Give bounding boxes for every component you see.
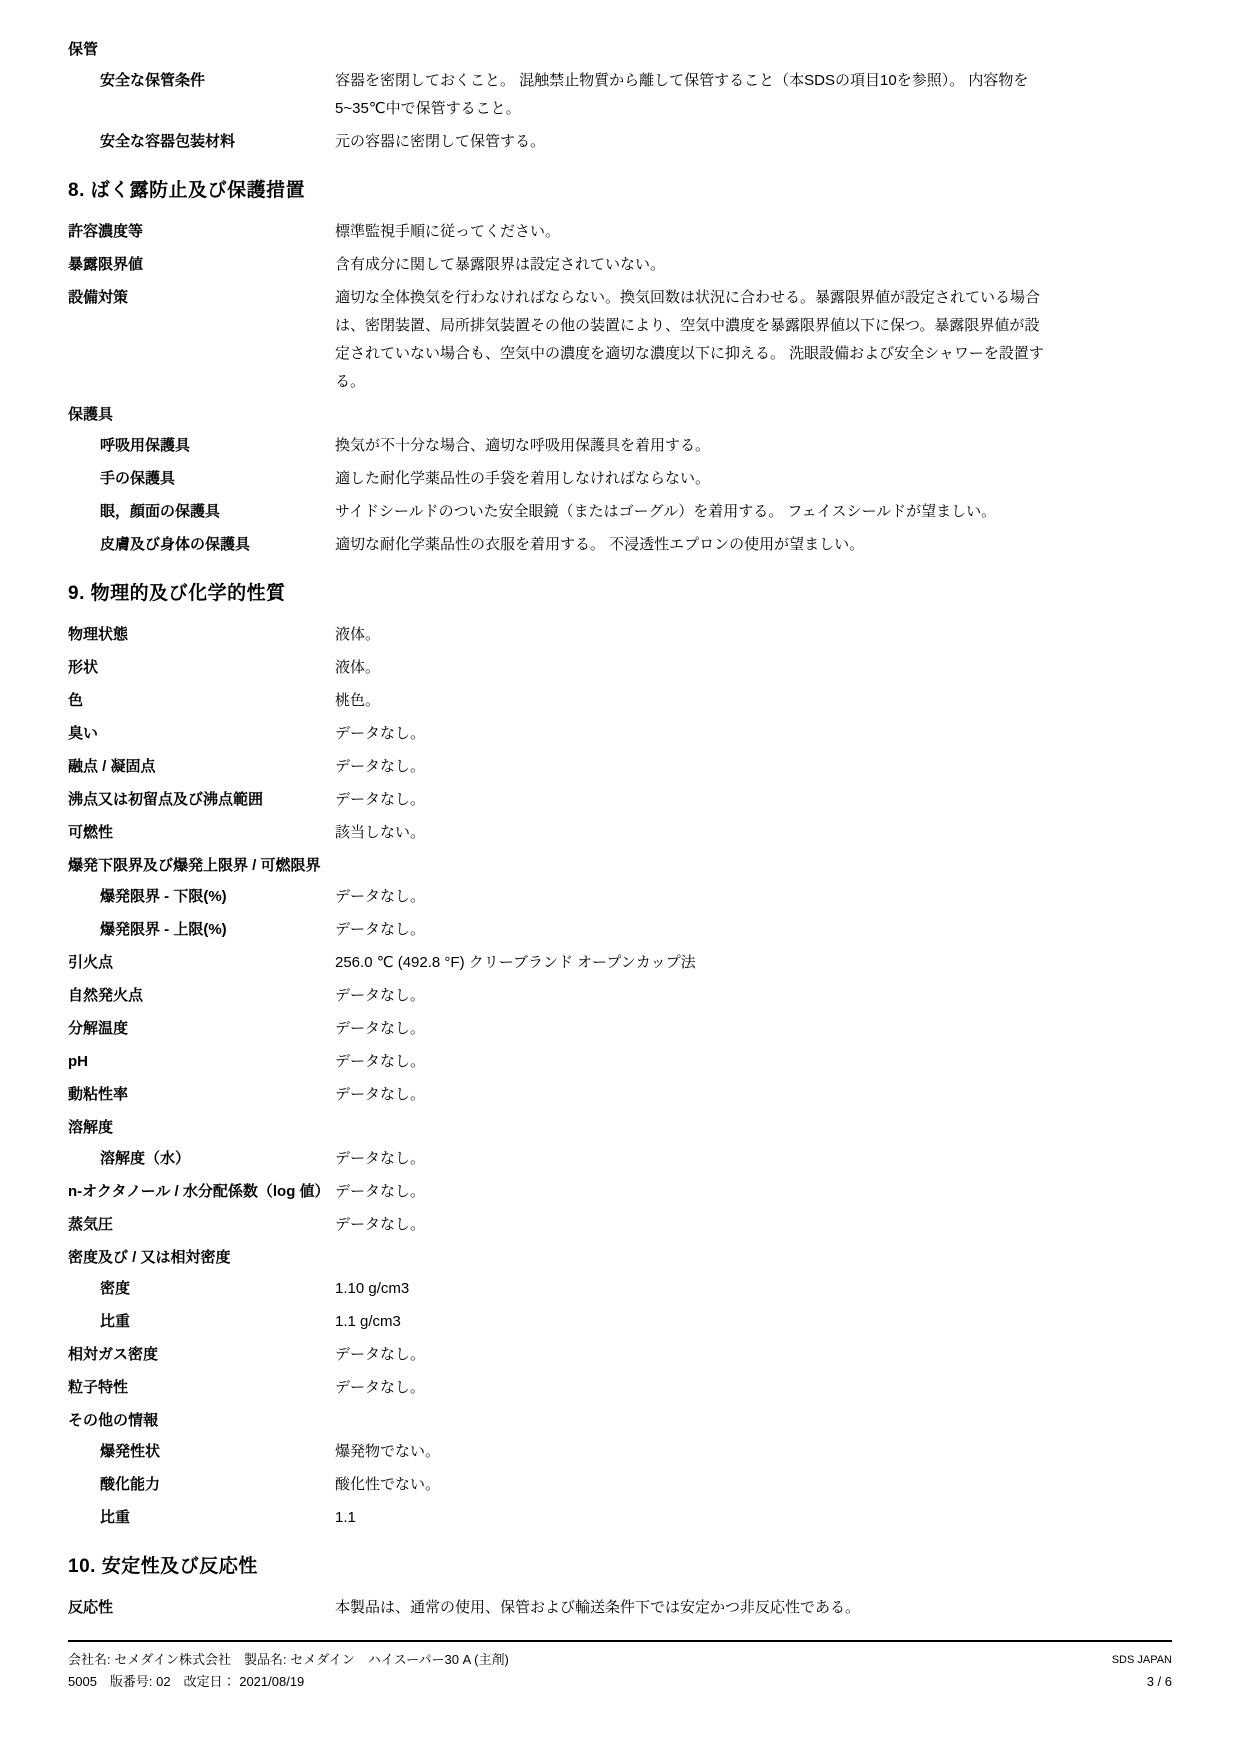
section-heading: 10. 安定性及び反応性 bbox=[68, 1554, 1172, 1580]
property-row: 沸点又は初留点及び沸点範囲 データなし。 bbox=[68, 786, 1172, 814]
property-label: 暴露限界値 bbox=[68, 251, 335, 278]
property-label: 許容濃度等 bbox=[68, 218, 335, 245]
property-value: サイドシールドのついた安全眼鏡（またはゴーグル）を着用する。 フェイスシールドが… bbox=[335, 498, 1051, 526]
property-label: 自然発火点 bbox=[68, 982, 335, 1009]
property-label: 動粘性率 bbox=[68, 1081, 335, 1108]
property-row: 臭い データなし。 bbox=[68, 720, 1172, 748]
property-label: 密度 bbox=[68, 1275, 335, 1302]
property-label: 手の保護具 bbox=[68, 465, 335, 492]
property-row: 設備対策 適切な全体換気を行わなければならない。換気回数は状況に合わせる。暴露限… bbox=[68, 284, 1172, 396]
page-footer: 会社名: セメダイン株式会社 製品名: セメダイン ハイスーパー30 A (主剤… bbox=[68, 1640, 1172, 1693]
section-heading: 9. 物理的及び化学的性質 bbox=[68, 581, 1172, 607]
property-row: 色 桃色。 bbox=[68, 687, 1172, 715]
property-row: 呼吸用保護具 換気が不十分な場合、適切な呼吸用保護具を着用する。 bbox=[68, 432, 1172, 460]
property-value: データなし。 bbox=[335, 720, 1051, 748]
document-content: 保管 安全な保管条件 容器を密閉しておくこと。 混触禁止物質から離して保管するこ… bbox=[68, 36, 1172, 1627]
footer-company-product: 会社名: セメダイン株式会社 製品名: セメダイン ハイスーパー30 A (主剤… bbox=[68, 1649, 509, 1671]
property-value: データなし。 bbox=[335, 1211, 1051, 1239]
property-value: 該当しない。 bbox=[335, 819, 1051, 847]
property-row: 安全な容器包装材料 元の容器に密閉して保管する。 bbox=[68, 128, 1172, 156]
property-label: 安全な容器包装材料 bbox=[68, 128, 335, 155]
property-label: 融点 / 凝固点 bbox=[68, 753, 335, 780]
property-value: 1.1 g/cm3 bbox=[335, 1308, 1051, 1336]
property-value: データなし。 bbox=[335, 753, 1051, 781]
property-value: 含有成分に関して暴露限界は設定されていない。 bbox=[335, 251, 1051, 279]
property-value: データなし。 bbox=[335, 1374, 1051, 1402]
property-value: データなし。 bbox=[335, 883, 1051, 911]
property-row: 反応性 本製品は、通常の使用、保管および輸送条件下では安定かつ非反応性である。 bbox=[68, 1594, 1172, 1622]
footer-page-number: 3 / 6 bbox=[1112, 1671, 1172, 1693]
property-label: 物理状態 bbox=[68, 621, 335, 648]
property-label: 引火点 bbox=[68, 949, 335, 976]
footer-revision-info: 5005 版番号: 02 改定日： 2021/08/19 bbox=[68, 1671, 509, 1693]
property-value: データなし。 bbox=[335, 1015, 1051, 1043]
group-label: その他の情報 bbox=[68, 1407, 1172, 1434]
property-value: 1.10 g/cm3 bbox=[335, 1275, 1051, 1303]
property-label: 反応性 bbox=[68, 1594, 335, 1621]
property-value: 適した耐化学薬品性の手袋を着用しなければならない。 bbox=[335, 465, 1051, 493]
property-value: データなし。 bbox=[335, 982, 1051, 1010]
property-row: 比重 1.1 g/cm3 bbox=[68, 1308, 1172, 1336]
footer-columns: 会社名: セメダイン株式会社 製品名: セメダイン ハイスーパー30 A (主剤… bbox=[68, 1649, 1172, 1693]
group-label: 保管 bbox=[68, 36, 1172, 63]
property-value: 本製品は、通常の使用、保管および輸送条件下では安定かつ非反応性である。 bbox=[335, 1594, 1051, 1622]
property-row: 爆発性状 爆発物でない。 bbox=[68, 1438, 1172, 1466]
property-label: 形状 bbox=[68, 654, 335, 681]
group-label: 爆発下限界及び爆発上限界 / 可燃限界 bbox=[68, 852, 1172, 879]
property-value: 酸化性でない。 bbox=[335, 1471, 1051, 1499]
property-label: 設備対策 bbox=[68, 284, 335, 311]
property-label: 相対ガス密度 bbox=[68, 1341, 335, 1368]
property-row: 比重 1.1 bbox=[68, 1504, 1172, 1532]
property-row: 相対ガス密度 データなし。 bbox=[68, 1341, 1172, 1369]
property-value: データなし。 bbox=[335, 1048, 1051, 1076]
property-row: 皮膚及び身体の保護具 適切な耐化学薬品性の衣服を着用する。 不浸透性エプロンの使… bbox=[68, 531, 1172, 559]
group-label: 保護具 bbox=[68, 401, 1172, 428]
property-row: pH データなし。 bbox=[68, 1048, 1172, 1076]
property-row: 分解温度 データなし。 bbox=[68, 1015, 1172, 1043]
property-value: 容器を密閉しておくこと。 混触禁止物質から離して保管すること（本SDSの項目10… bbox=[335, 67, 1051, 123]
property-label: 可燃性 bbox=[68, 819, 335, 846]
property-value: データなし。 bbox=[335, 1081, 1051, 1109]
property-value: データなし。 bbox=[335, 786, 1051, 814]
group-label: 密度及び / 又は相対密度 bbox=[68, 1244, 1172, 1271]
property-label: 皮膚及び身体の保護具 bbox=[68, 531, 335, 558]
property-label: 臭い bbox=[68, 720, 335, 747]
property-value: 256.0 ℃ (492.8 °F) クリーブランド オープンカップ法 bbox=[335, 949, 1051, 977]
property-row: 溶解度（水） データなし。 bbox=[68, 1145, 1172, 1173]
property-value: 標準監視手順に従ってください。 bbox=[335, 218, 1051, 246]
property-row: 形状 液体。 bbox=[68, 654, 1172, 682]
property-value: 液体。 bbox=[335, 654, 1051, 682]
property-value: 適切な耐化学薬品性の衣服を着用する。 不浸透性エプロンの使用が望ましい。 bbox=[335, 531, 1051, 559]
property-label: 分解温度 bbox=[68, 1015, 335, 1042]
property-label: 比重 bbox=[68, 1308, 335, 1335]
footer-doc-type: SDS JAPAN bbox=[1112, 1649, 1172, 1671]
property-row: 物理状態 液体。 bbox=[68, 621, 1172, 649]
property-label: 比重 bbox=[68, 1504, 335, 1531]
property-label: 粒子特性 bbox=[68, 1374, 335, 1401]
property-value: 爆発物でない。 bbox=[335, 1438, 1051, 1466]
property-value: データなし。 bbox=[335, 916, 1051, 944]
group-label: 溶解度 bbox=[68, 1114, 1172, 1141]
property-row: 融点 / 凝固点 データなし。 bbox=[68, 753, 1172, 781]
property-label: n-オクタノール / 水分配係数（log 値） bbox=[68, 1178, 335, 1205]
property-row: 粒子特性 データなし。 bbox=[68, 1374, 1172, 1402]
property-row: 眼，顔面の保護具 サイドシールドのついた安全眼鏡（またはゴーグル）を着用する。 … bbox=[68, 498, 1172, 526]
property-row: 爆発限界 - 下限(%) データなし。 bbox=[68, 883, 1172, 911]
property-label: 色 bbox=[68, 687, 335, 714]
property-value: 換気が不十分な場合、適切な呼吸用保護具を着用する。 bbox=[335, 432, 1051, 460]
property-value: 1.1 bbox=[335, 1504, 1051, 1532]
property-label: 沸点又は初留点及び沸点範囲 bbox=[68, 786, 335, 813]
property-value: データなし。 bbox=[335, 1145, 1051, 1173]
property-label: 酸化能力 bbox=[68, 1471, 335, 1498]
property-row: 手の保護具 適した耐化学薬品性の手袋を着用しなければならない。 bbox=[68, 465, 1172, 493]
footer-right-block: SDS JAPAN 3 / 6 bbox=[1112, 1649, 1172, 1693]
property-label: 溶解度（水） bbox=[68, 1145, 335, 1172]
property-label: pH bbox=[68, 1048, 335, 1075]
property-label: 爆発性状 bbox=[68, 1438, 335, 1465]
property-row: 動粘性率 データなし。 bbox=[68, 1081, 1172, 1109]
property-row: 許容濃度等 標準監視手順に従ってください。 bbox=[68, 218, 1172, 246]
property-row: 引火点 256.0 ℃ (492.8 °F) クリーブランド オープンカップ法 bbox=[68, 949, 1172, 977]
property-row: 密度 1.10 g/cm3 bbox=[68, 1275, 1172, 1303]
property-row: 暴露限界値 含有成分に関して暴露限界は設定されていない。 bbox=[68, 251, 1172, 279]
property-row: 安全な保管条件 容器を密閉しておくこと。 混触禁止物質から離して保管すること（本… bbox=[68, 67, 1172, 123]
property-row: n-オクタノール / 水分配係数（log 値） データなし。 bbox=[68, 1178, 1172, 1206]
property-value: データなし。 bbox=[335, 1341, 1051, 1369]
property-label: 爆発限界 - 下限(%) bbox=[68, 883, 335, 910]
property-value: 元の容器に密閉して保管する。 bbox=[335, 128, 1051, 156]
property-label: 呼吸用保護具 bbox=[68, 432, 335, 459]
property-value: 液体。 bbox=[335, 621, 1051, 649]
section-heading: 8. ばく露防止及び保護措置 bbox=[68, 178, 1172, 204]
property-label: 眼，顔面の保護具 bbox=[68, 498, 335, 525]
property-value: 桃色。 bbox=[335, 687, 1051, 715]
property-value: 適切な全体換気を行わなければならない。換気回数は状況に合わせる。暴露限界値が設定… bbox=[335, 284, 1051, 396]
blocks-container: 保管 安全な保管条件 容器を密閉しておくこと。 混触禁止物質から離して保管するこ… bbox=[68, 36, 1172, 1622]
sds-document-page: 保管 安全な保管条件 容器を密閉しておくこと。 混触禁止物質から離して保管するこ… bbox=[0, 0, 1240, 1755]
footer-divider bbox=[68, 1640, 1172, 1642]
property-label: 蒸気圧 bbox=[68, 1211, 335, 1238]
property-row: 酸化能力 酸化性でない。 bbox=[68, 1471, 1172, 1499]
footer-left-block: 会社名: セメダイン株式会社 製品名: セメダイン ハイスーパー30 A (主剤… bbox=[68, 1649, 509, 1693]
property-row: 爆発限界 - 上限(%) データなし。 bbox=[68, 916, 1172, 944]
property-row: 可燃性 該当しない。 bbox=[68, 819, 1172, 847]
property-row: 自然発火点 データなし。 bbox=[68, 982, 1172, 1010]
property-row: 蒸気圧 データなし。 bbox=[68, 1211, 1172, 1239]
property-value: データなし。 bbox=[335, 1178, 1051, 1206]
property-label: 爆発限界 - 上限(%) bbox=[68, 916, 335, 943]
property-label: 安全な保管条件 bbox=[68, 67, 335, 94]
